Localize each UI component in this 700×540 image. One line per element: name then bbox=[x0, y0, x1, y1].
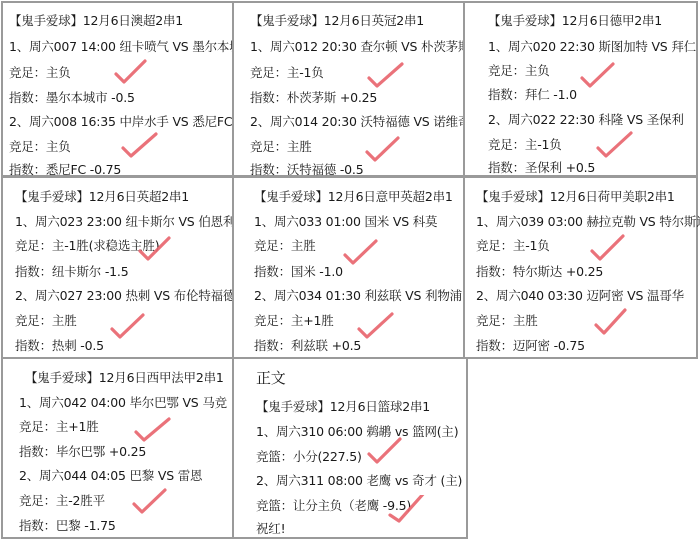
card-bundesliga: 【鬼手爱球】12月6日德甲2串1 1、周六020 22:30 斯图加特 VS 拜… bbox=[463, 1, 698, 177]
closing-text: 祝红! bbox=[256, 519, 285, 537]
match-line: 1、周六033 01:00 国米 VS 科莫 bbox=[254, 212, 437, 230]
match-pick: 竞足：主-1胜(求稳选主胜) bbox=[15, 236, 159, 254]
card-header: 【鬼手爱球】12月6日篮球2串1 bbox=[256, 397, 430, 415]
checkmark-icon bbox=[111, 57, 155, 87]
checkmark-icon bbox=[577, 61, 621, 91]
match-index: 指数：毕尔巴鄂 +0.25 bbox=[19, 442, 146, 460]
checkmark-icon bbox=[587, 234, 631, 264]
card-header: 【鬼手爱球】12月6日西甲法甲2串1 bbox=[25, 368, 224, 386]
match-line: 2、周六014 20:30 沃特福德 VS 诺维奇 bbox=[250, 112, 470, 130]
match-index: 指数：拜仁 -1.0 bbox=[488, 85, 577, 103]
match-index: 指数：巴黎 -1.75 bbox=[19, 516, 116, 534]
checkmark-icon bbox=[362, 135, 406, 165]
match-pick: 竞足：主胜 bbox=[476, 311, 538, 329]
match-pick: 竞足：主-1负 bbox=[250, 63, 324, 81]
card-la-liga-ligue1: 【鬼手爱球】12月6日西甲法甲2串1 1、周六042 04:00 毕尔巴鄂 VS… bbox=[1, 357, 234, 539]
checkmark-icon bbox=[340, 238, 384, 268]
card-header: 【鬼手爱球】12月6日英冠2串1 bbox=[250, 11, 424, 29]
match-pick: 竞足：主-1负 bbox=[488, 135, 562, 153]
match-index: 指数：朴茨茅斯 +0.25 bbox=[250, 88, 377, 106]
card-eredivisie-mls: 【鬼手爱球】12月6日荷甲美职2串1 1、周六039 03:00 赫拉克勒 VS… bbox=[463, 176, 698, 359]
match-pick: 竞足：主-1负 bbox=[476, 236, 550, 254]
match-line: 2、周六044 04:05 巴黎 VS 雷恩 bbox=[19, 466, 202, 484]
card-header: 【鬼手爱球】12月6日德甲2串1 bbox=[488, 11, 662, 29]
match-line: 1、周六007 14:00 纽卡喷气 VS 墨尔本城 bbox=[9, 37, 242, 55]
match-pick: 竞足：主胜 bbox=[250, 137, 312, 155]
card-championship: 【鬼手爱球】12月6日英冠2串1 1、周六012 20:30 查尔顿 VS 朴茨… bbox=[232, 1, 465, 177]
match-line: 1、周六039 03:00 赫拉克勒 VS 特尔斯达 bbox=[476, 212, 700, 230]
match-index: 指数：国米 -1.0 bbox=[254, 262, 343, 280]
checkmark-icon bbox=[107, 312, 151, 342]
match-pick: 竞篮：小分(227.5) bbox=[256, 447, 362, 465]
match-line: 2、周六034 01:30 利兹联 VS 利物浦 bbox=[254, 286, 462, 304]
card-header: 【鬼手爱球】12月6日英超2串1 bbox=[15, 187, 189, 205]
card-header: 【鬼手爱球】12月6日意甲英超2串1 bbox=[254, 187, 453, 205]
match-index: 指数：圣保利 +0.5 bbox=[488, 158, 595, 176]
match-line: 2、周六040 03:30 迈阿密 VS 温哥华 bbox=[476, 286, 684, 304]
match-pick: 竞足：主负 bbox=[488, 61, 550, 79]
match-index: 指数：迈阿密 -0.75 bbox=[476, 336, 585, 354]
match-line: 2、周六008 16:35 中岸水手 VS 悉尼FC bbox=[9, 112, 232, 130]
card-serie-a-epl: 【鬼手爱球】12月6日意甲英超2串1 1、周六033 01:00 国米 VS 科… bbox=[232, 176, 465, 359]
card-a-league: 【鬼手爱球】12月6日澳超2串1 1、周六007 14:00 纽卡喷气 VS 墨… bbox=[1, 1, 234, 177]
checkmark-icon bbox=[118, 131, 162, 161]
match-index: 指数：热刺 -0.5 bbox=[15, 336, 104, 354]
card-header: 【鬼手爱球】12月6日澳超2串1 bbox=[9, 11, 183, 29]
match-index: 指数：特尔斯达 +0.25 bbox=[476, 262, 603, 280]
match-line: 2、周六027 23:00 热刺 VS 布伦特福德 bbox=[15, 286, 235, 304]
match-line: 1、周六023 23:00 纽卡斯尔 VS 伯恩利 bbox=[15, 212, 235, 230]
match-pick: 竞足：主负 bbox=[9, 137, 71, 155]
match-pick: 竞足：主-2胜平 bbox=[19, 491, 105, 509]
match-line: 2、周六311 08:00 老鹰 vs 奇才 (主) bbox=[256, 471, 462, 489]
checkmark-icon bbox=[364, 61, 408, 91]
match-line: 1、周六012 20:30 查尔顿 VS 朴茨茅斯 bbox=[250, 37, 470, 55]
match-line: 2、周六022 22:30 科隆 VS 圣保利 bbox=[488, 110, 684, 128]
match-pick: 竞足：主负 bbox=[9, 63, 71, 81]
match-pick: 竞足：主+1胜 bbox=[254, 311, 334, 329]
match-line: 1、周六020 22:30 斯图加特 VS 拜仁 bbox=[488, 37, 696, 55]
match-line: 1、周六042 04:00 毕尔巴鄂 VS 马竞 bbox=[19, 393, 227, 411]
match-index: 指数：利兹联 +0.5 bbox=[254, 336, 361, 354]
match-pick: 竞足：主胜 bbox=[254, 236, 316, 254]
checkmark-icon bbox=[364, 437, 408, 467]
card-basketball: 正文 【鬼手爱球】12月6日篮球2串1 1、周六310 06:00 鹈鹕 vs … bbox=[232, 357, 468, 539]
checkmark-icon bbox=[131, 415, 175, 445]
match-pick: 竞足：主+1胜 bbox=[19, 417, 99, 435]
checkmark-icon bbox=[593, 131, 637, 161]
match-index: 指数：纽卡斯尔 -1.5 bbox=[15, 262, 128, 280]
card-premier-league: 【鬼手爱球】12月6日英超2串1 1、周六023 23:00 纽卡斯尔 VS 伯… bbox=[1, 176, 234, 359]
match-index: 指数：墨尔本城市 -0.5 bbox=[9, 88, 135, 106]
section-title: 正文 bbox=[256, 367, 286, 388]
checkmark-icon bbox=[591, 308, 635, 338]
card-header: 【鬼手爱球】12月6日荷甲美职2串1 bbox=[476, 187, 675, 205]
match-pick: 竞篮：让分主负（老鹰 -9.5) bbox=[256, 496, 411, 514]
match-line: 1、周六310 06:00 鹈鹕 vs 篮网(主) bbox=[256, 422, 458, 440]
checkmark-icon bbox=[129, 487, 173, 517]
match-pick: 竞足：主胜 bbox=[15, 311, 77, 329]
